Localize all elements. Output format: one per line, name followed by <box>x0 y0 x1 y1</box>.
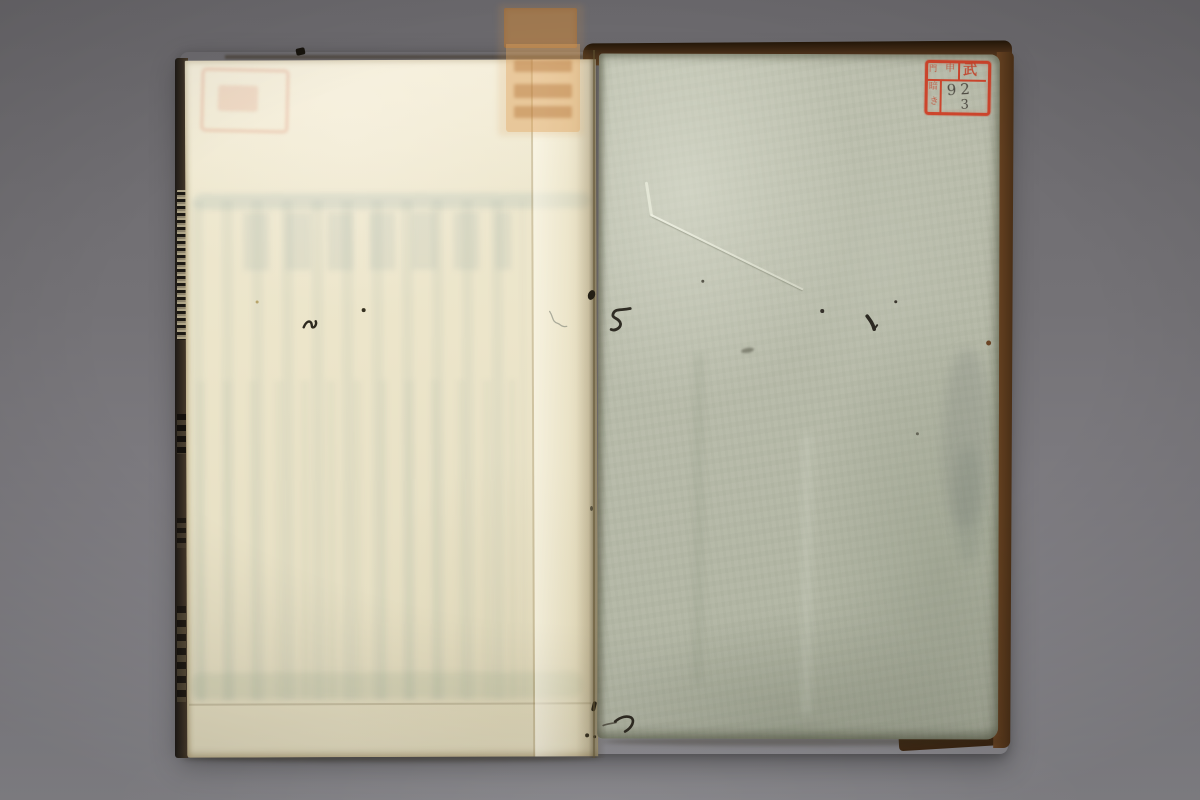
tape-label <box>506 44 580 132</box>
pencil-scribble <box>548 309 570 329</box>
stain-dot <box>256 300 259 303</box>
ink-dot <box>894 300 897 303</box>
page-crease <box>189 702 591 705</box>
page-gutter <box>576 50 606 758</box>
cover-label-fragment <box>177 414 186 454</box>
ink-mark <box>606 305 636 343</box>
tape-label <box>504 8 577 48</box>
ink-dot <box>820 309 824 313</box>
ink-dot <box>701 280 704 283</box>
cover-label-fragment <box>177 606 186 702</box>
ink-smudge <box>741 347 755 354</box>
stamp-character: き <box>929 98 938 107</box>
cover-label-fragment <box>177 518 186 548</box>
left-page <box>185 59 598 757</box>
right-page: 門 申 武 暗 き 92 3 <box>597 53 1000 739</box>
gutter-fold-line <box>593 50 595 758</box>
tape-show-through-mark <box>514 84 572 98</box>
ink-dot <box>362 308 366 312</box>
show-through-band <box>191 671 583 698</box>
ink-mark <box>864 314 880 334</box>
stamp-character: 申 <box>945 64 955 74</box>
handwritten-number: 92 <box>946 82 974 98</box>
paper-crease <box>645 182 654 218</box>
show-through-columns <box>196 380 517 701</box>
paper-texture-streak <box>693 354 704 684</box>
stamp-divider-vertical <box>958 63 960 80</box>
ink-mark <box>601 711 641 741</box>
ink-dot <box>916 432 919 435</box>
tape-show-through-mark <box>514 60 572 72</box>
paper-crease <box>650 214 803 291</box>
wormhole-dot <box>986 340 991 345</box>
ghost-stamp-mark <box>218 85 259 112</box>
paper-texture-streak <box>802 434 811 714</box>
ink-blob <box>590 506 593 511</box>
stamp-character-main: 武 <box>963 64 977 78</box>
library-stamp: 門 申 武 暗 き 92 3 <box>924 60 991 116</box>
stamp-character: 暗 <box>929 83 938 92</box>
ghost-stamp-offset <box>200 68 289 134</box>
photo-backdrop: 門 申 武 暗 き 92 3 <box>0 0 1200 800</box>
handwritten-number: 3 <box>960 98 969 111</box>
stamp-character: 門 <box>929 65 937 73</box>
gray-smudge <box>954 444 984 564</box>
ink-mark <box>302 316 320 332</box>
tape-show-through-mark <box>514 106 572 118</box>
